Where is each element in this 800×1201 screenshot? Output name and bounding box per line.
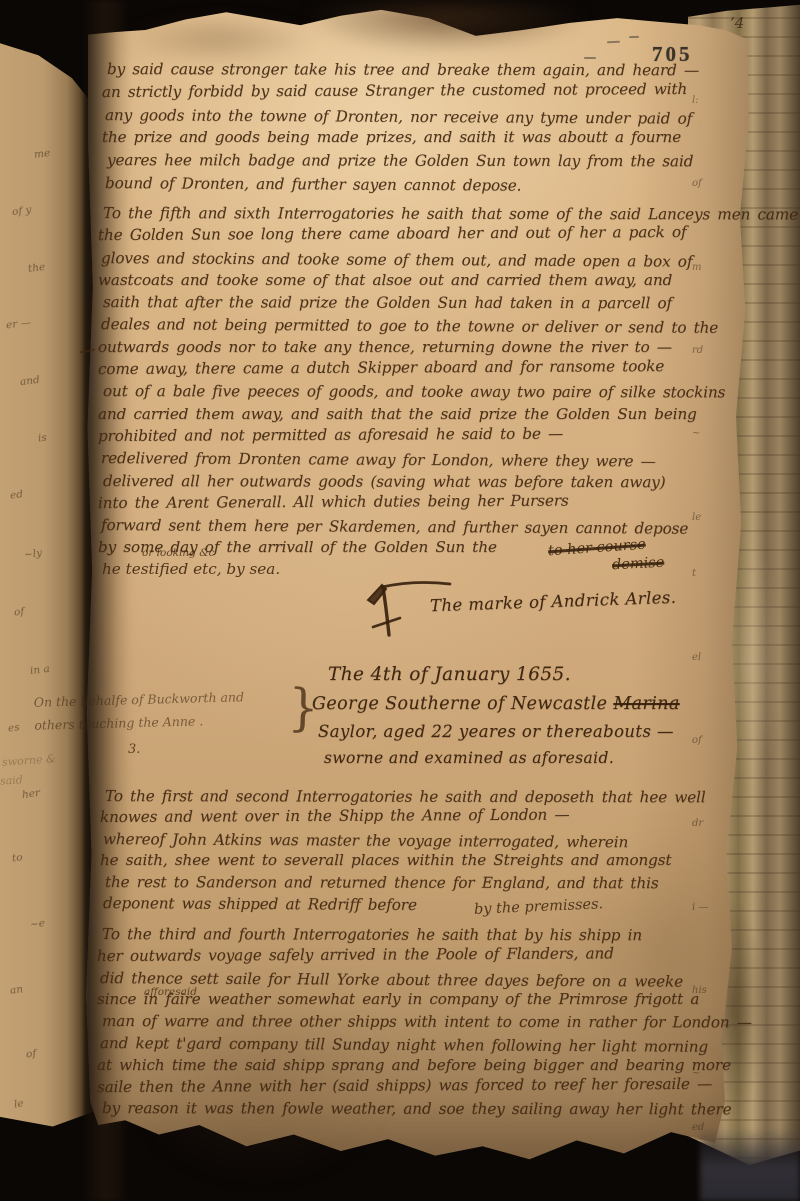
margin-number: 3. [128,742,140,757]
manuscript-photo: meof ytheer —andised~lyofin aesherto~ean… [0,0,800,1201]
handwriting-line: the rest to Sanderson and returned thenc… [105,872,706,895]
handwriting-line: knowes and went over in the Shipp the An… [100,804,701,829]
mark-caption: The marke of Andrick Arles. [430,588,677,616]
handwriting-line: yeares hee milch badge and prize the Gol… [107,149,699,173]
handwriting-line: did thence sett saile for Hull Yorke abo… [100,968,750,994]
handwriting-line: into the Arent Generall. All which dutie… [98,488,793,514]
interlinear-insertion: or looking &c [142,547,214,559]
handwriting-line: forward sent them here per Skardemen, an… [101,514,796,541]
handwriting-line: saith that after the said prize the Gold… [103,291,798,315]
handwriting-line: deponent was shipped at Redriff before [103,893,704,918]
deposition-paragraph-3: To the first and second Interrogatories … [100,786,701,914]
corner-mark: ’4 [730,14,744,32]
handwriting-line: out of a bale five peeces of goods, and … [103,380,798,404]
sworn-line: sworne and examined as aforesaid. [324,749,614,767]
deposition-paragraph-4: To the third and fourth Interrogatories … [97,924,747,1120]
faint-margin-fragment: sworne & [2,752,57,769]
deponent-description-line: Saylor, aged 22 yeares or thereabouts — [318,722,674,741]
handwriting-line: and kept t'gard company till Sunday nigh… [100,1033,750,1059]
margin-note-line: others touching the Anne . [34,708,245,736]
handwriting-line: come away, there came a dutch Skipper ab… [98,354,793,380]
faint-margin-fragment: said [0,773,23,788]
strikethrough-text: Marina [613,694,679,714]
handwriting-line: saile then the Anne with her (said shipp… [97,1073,747,1098]
handwriting-line: an strictly forbidd by said cause Strang… [102,78,694,104]
margin-note: On the behalfe of Buckworth and others t… [33,685,244,736]
deposition-paragraph-2: To the fifth and sixth Interrogatories h… [98,202,793,559]
deposition-paragraph-1: by said cause stronger take his tree and… [102,58,694,195]
handwriting-line: the Golden Sun soe long there came aboar… [98,221,793,247]
handwriting-line: man of warre and three other shipps with… [102,1011,752,1034]
handwriting-line: bound of Dronten, and further sayen cann… [105,172,697,198]
deponent-name: George Southerne of Newcastle [312,694,613,714]
deponent-name-line: George Southerne of Newcastle Marina [312,694,680,714]
handwriting-line: whereof John Atkins was master the voyag… [103,829,704,854]
margin-dash [80,349,95,354]
strikethrough-text: demise [612,555,665,574]
handwriting-line: gloves and stockins and tooke some of th… [101,247,796,274]
interlinear-insertion: afforesaid [144,986,197,998]
pencil-dash [607,41,620,44]
handwriting-line: her outwards voyage safely arrived in th… [97,942,747,967]
handwriting-line: any goods into the towne of Dronten, nor… [105,104,697,130]
handwriting-line: by reason it was then fowle weather, and… [102,1098,752,1121]
pencil-dash [629,36,639,38]
text-overlay: ’4 705 by said cause stronger take his t… [0,0,800,1201]
paragraph-2-closing-line: he testified etc, by sea. [102,560,280,578]
date-heading: The 4th of January 1655. [328,664,571,685]
handwriting-line: prohibited and not permitted as aforesai… [98,421,793,447]
